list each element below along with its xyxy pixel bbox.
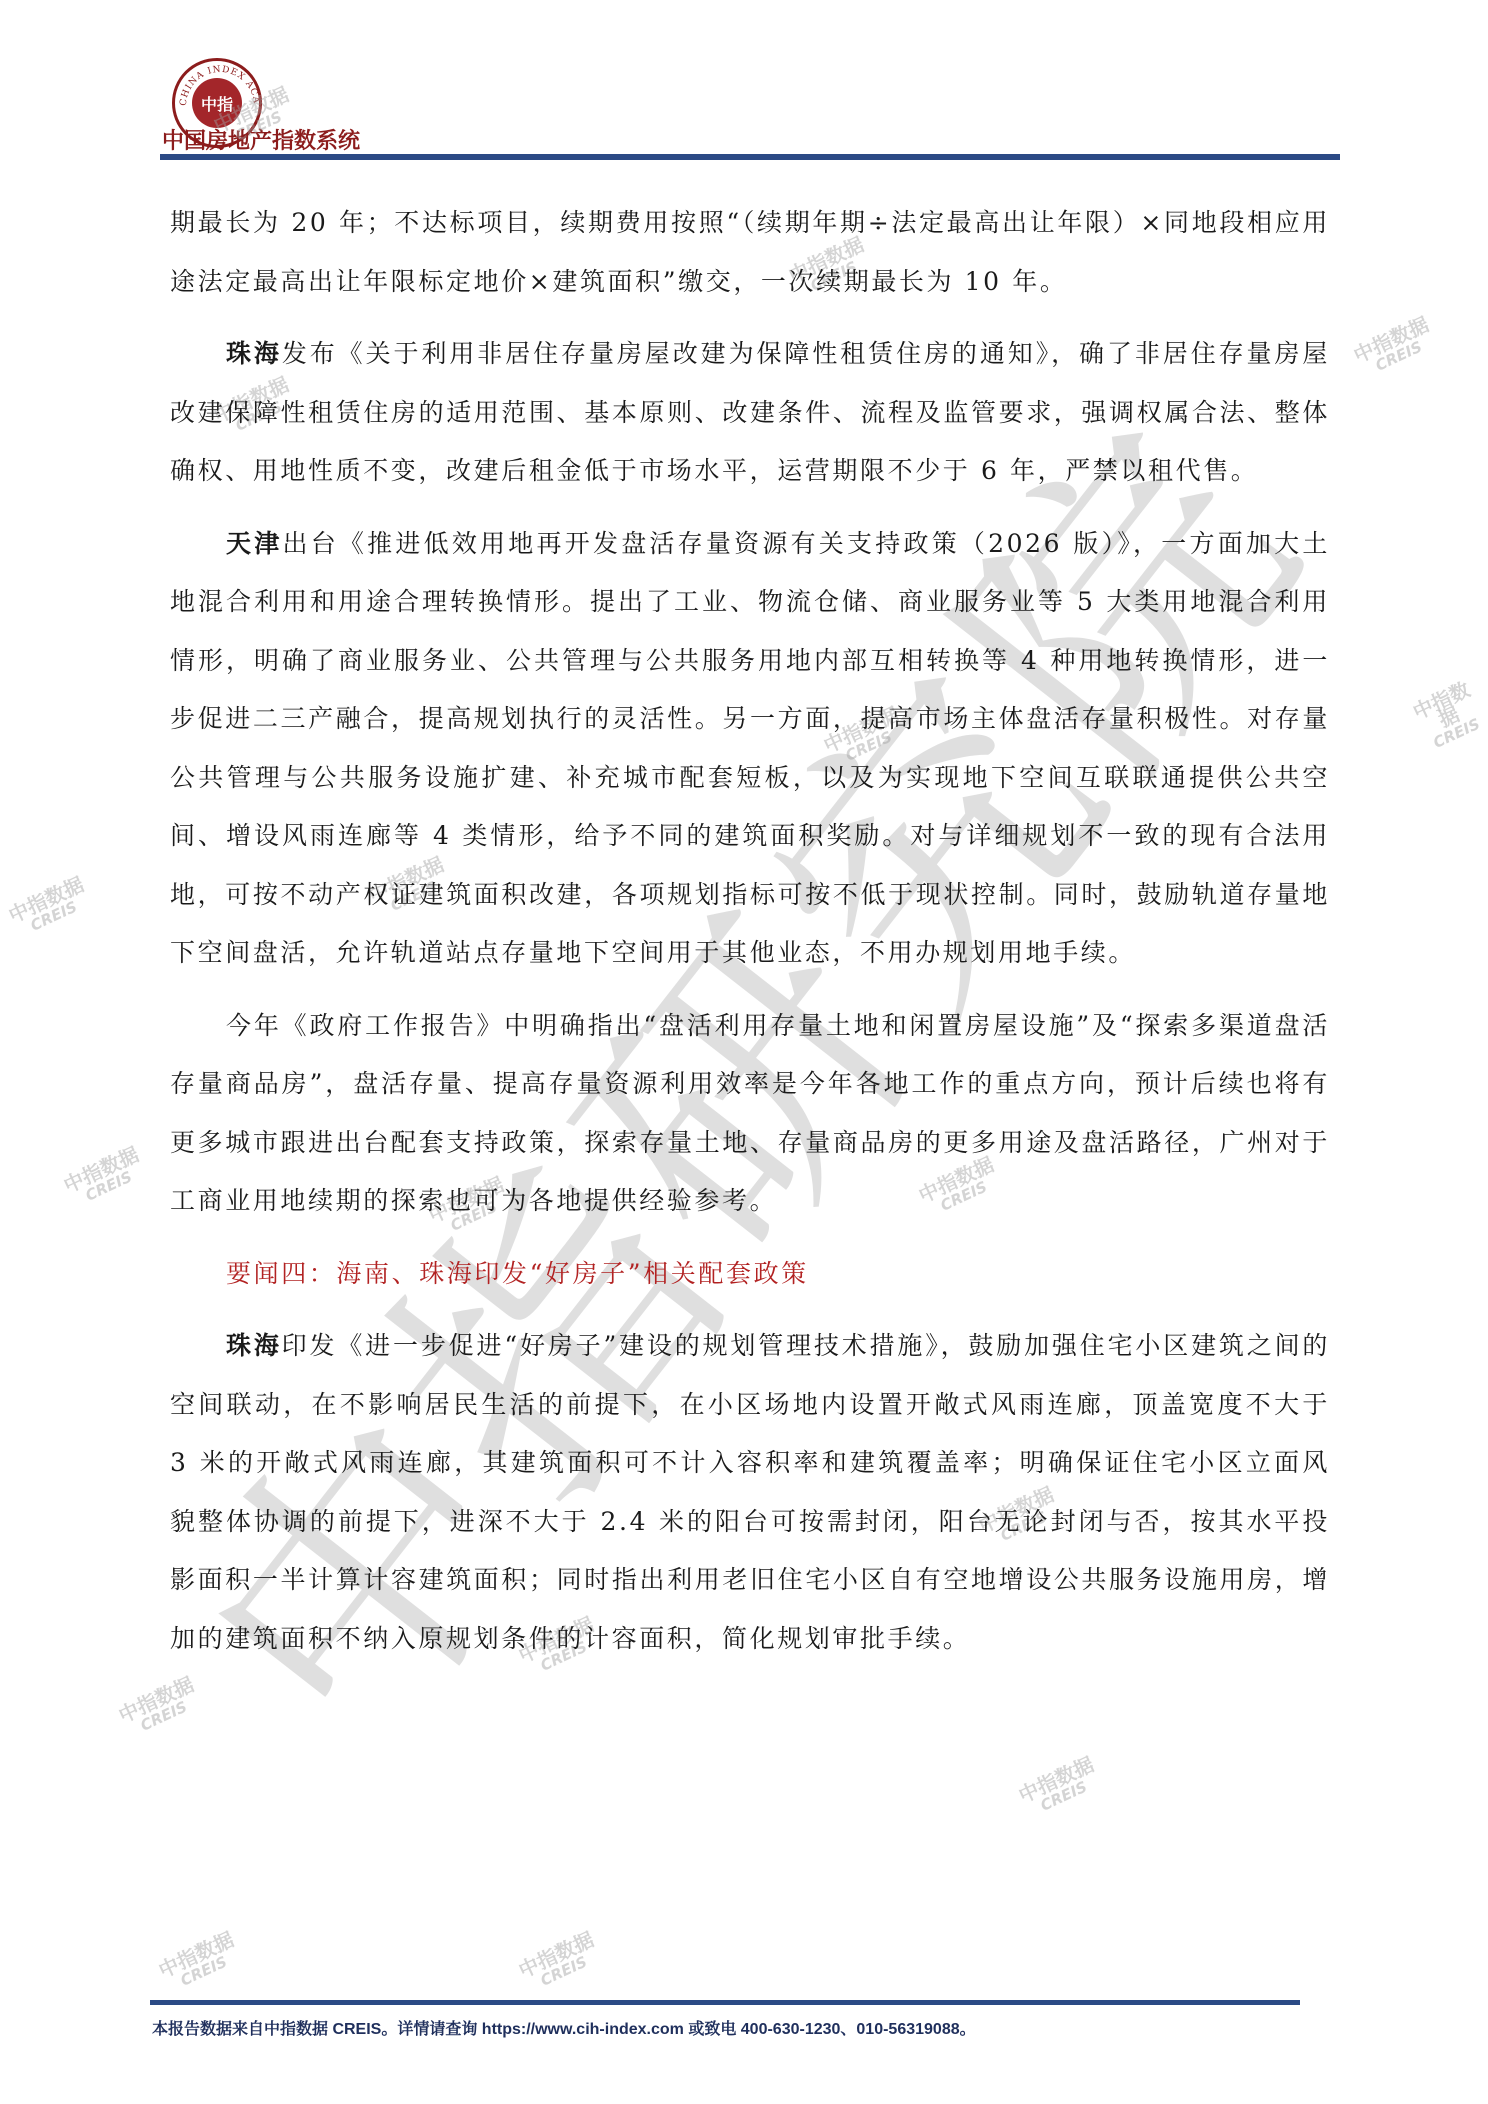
paragraph-text: 印发《进一步促进“好房子”建设的规划管理技术措施》，鼓励加强住宅小区建筑之间的空…: [170, 1331, 1330, 1653]
city-name: 珠海: [226, 1331, 282, 1360]
paragraph-gov-report: 今年《政府工作报告》中明确指出“盘活利用存量土地和闲置房屋设施”及“探索多渠道盘…: [170, 997, 1330, 1231]
header-title: 中国房地产指数系统: [162, 124, 360, 155]
paragraph-text: 发布《关于利用非居住存量房屋改建为保障性租赁住房的通知》，确了非居住存量房屋改建…: [170, 339, 1330, 485]
paragraph-tianjin: 天津出台《推进低效用地再开发盘活存量资源有关支持政策（2026 版）》，一方面加…: [170, 515, 1330, 983]
watermark-small: 中指数据CREIS: [156, 1930, 244, 1996]
paragraph-continuation: 期最长为 20 年；不达标项目，续期费用按照“（续期年期÷法定最高出让年限）×同…: [170, 194, 1330, 311]
watermark-small: 中指数据CREIS: [1402, 676, 1488, 758]
section-heading: 要闻四：海南、珠海印发“好房子”相关配套政策: [170, 1245, 1330, 1304]
watermark-small: 中指数据CREIS: [1351, 315, 1439, 381]
watermark-small: 中指数据CREIS: [1016, 1755, 1104, 1821]
footer-source-note: 本报告数据来自中指数据 CREIS。详情请查询 https://www.cih-…: [152, 2016, 976, 2039]
paragraph-zhuhai-good-housing: 珠海印发《进一步促进“好房子”建设的规划管理技术措施》，鼓励加强住宅小区建筑之间…: [170, 1317, 1330, 1668]
svg-text:CHINA INDEX ACADEMY: CHINA INDEX ACADEMY: [175, 61, 261, 106]
watermark-small: 中指数据CREIS: [116, 1675, 204, 1741]
document-body: 期最长为 20 年；不达标项目，续期费用按照“（续期年期÷法定最高出让年限）×同…: [170, 194, 1330, 1668]
watermark-small: 中指数据CREIS: [6, 875, 94, 941]
page-header: CHINA INDEX ACADEMY 中指 中国房地产指数系统: [160, 54, 1340, 164]
paragraph-text: 出台《推进低效用地再开发盘活存量资源有关支持政策（2026 版）》，一方面加大土…: [170, 529, 1330, 968]
city-name: 珠海: [226, 339, 282, 368]
paragraph-text: 今年《政府工作报告》中明确指出“盘活利用存量土地和闲置房屋设施”及“探索多渠道盘…: [170, 1011, 1330, 1216]
city-name: 天津: [226, 529, 282, 558]
paragraph-zhuhai-rental: 珠海发布《关于利用非居住存量房屋改建为保障性租赁住房的通知》，确了非居住存量房屋…: [170, 325, 1330, 501]
watermark-small: 中指数据CREIS: [61, 1145, 149, 1211]
paragraph-text: 期最长为 20 年；不达标项目，续期费用按照“（续期年期÷法定最高出让年限）×同…: [170, 208, 1330, 296]
watermark-small: 中指数据CREIS: [516, 1930, 604, 1996]
footer-divider: [150, 2000, 1300, 2005]
logo-ring-text: CHINA INDEX ACADEMY: [175, 61, 261, 106]
header-divider: [160, 154, 1340, 160]
